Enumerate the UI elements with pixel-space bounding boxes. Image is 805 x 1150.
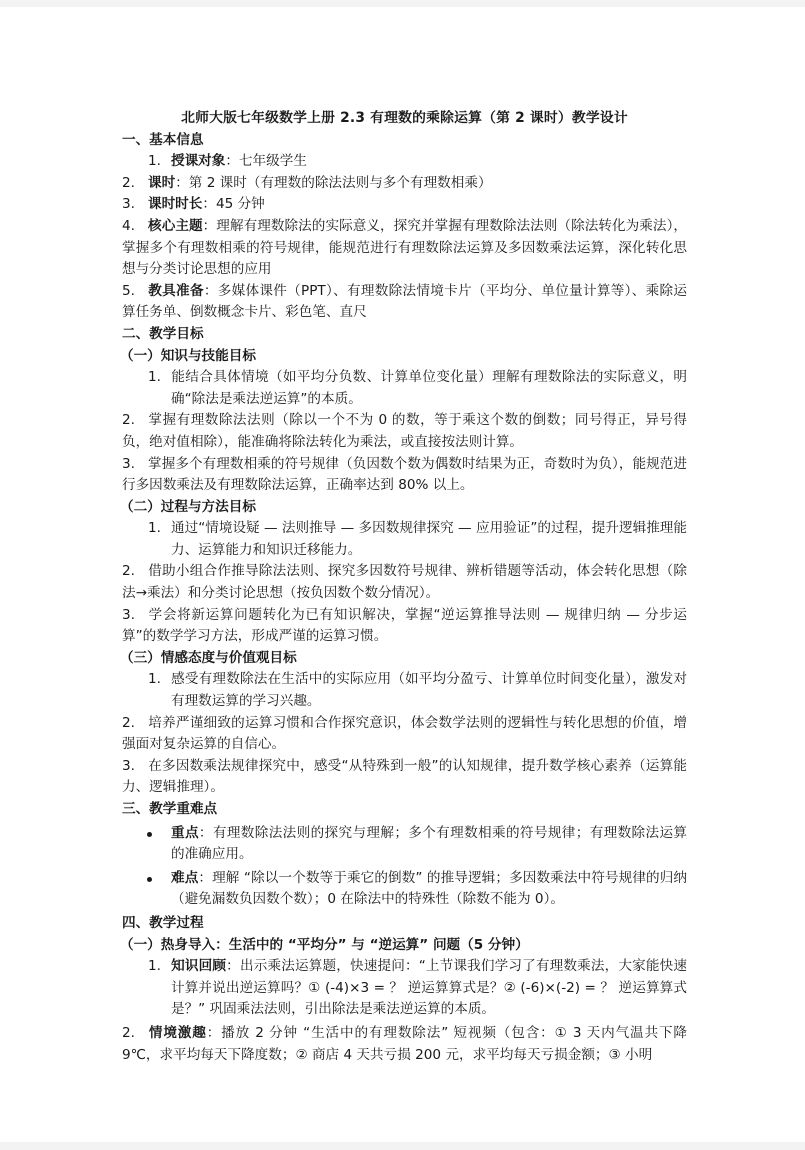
item-text: 感受有理数除法在生活中的实际应用（如平均分盈亏、计算单位时间变化量），激发对有理… (171, 671, 687, 709)
section-heading-basic-info: 一、基本信息 (122, 130, 687, 152)
item-text: 借助小组合作推导除法法则、探究多因数符号规律、辨析错题等活动，体会转化思想（除法… (122, 563, 687, 601)
basic-info-item: 3.课时时长：45 分钟 (122, 194, 687, 216)
item-number: 2. (122, 173, 148, 195)
bullet-icon (147, 877, 152, 882)
document-content: 北师大版七年级数学上册 2.3 有理数的乘除运算（第 2 课时）教学设计 一、基… (122, 108, 687, 1066)
item-number: 1. (148, 367, 171, 389)
item-label: 重点 (171, 825, 199, 841)
goal-item: 2.借助小组合作推导除法法则、探究多因数符号规律、辨析错题等活动，体会转化思想（… (122, 561, 687, 604)
item-text: 掌握有理数除法法则（除以一个不为 0 的数，等于乘这个数的倒数；同号得正，异号得… (122, 412, 687, 450)
item-label: 教具准备 (148, 283, 204, 299)
basic-info-item: 1.授课对象：七年级学生 (122, 151, 687, 173)
goal-item: 1.通过“情境设疑 — 法则推导 — 多因数规律探究 — 应用验证”的过程，提升… (122, 518, 687, 561)
subsection-heading-warmup: （一）热身导入：生活中的 “平均分” 与 “逆运算” 问题（5 分钟） (120, 935, 687, 957)
subsection-heading-process-method: （二）过程与方法目标 (120, 497, 687, 519)
item-number: 3. (122, 605, 148, 627)
item-separator: ： (226, 958, 240, 974)
item-separator: ： (199, 825, 213, 841)
item-number: 1. (148, 956, 171, 978)
item-number: 2. (122, 1023, 148, 1045)
item-number: 5. (122, 281, 148, 303)
difficulty-bullet: 难点：理解 “除以一个数等于乘它的倒数” 的推导逻辑；多因数乘法中符号规律的归纳… (122, 868, 687, 911)
section-heading-key-points: 三、教学重难点 (122, 799, 687, 821)
item-text: 通过“情境设疑 — 法则推导 — 多因数规律探究 — 应用验证”的过程，提升逻辑… (171, 520, 687, 558)
item-number: 1. (148, 151, 171, 173)
goal-item: 3.学会将新运算问题转化为已有知识解决，掌握“逆运算推导法则 — 规律归纳 — … (122, 605, 687, 648)
item-text: 七年级学生 (239, 153, 307, 169)
document-page: 北师大版七年级数学上册 2.3 有理数的乘除运算（第 2 课时）教学设计 一、基… (0, 7, 805, 1142)
item-number: 2. (122, 561, 148, 583)
document-title: 北师大版七年级数学上册 2.3 有理数的乘除运算（第 2 课时）教学设计 (122, 108, 687, 130)
item-number: 4. (122, 216, 148, 238)
item-number: 2. (122, 713, 148, 735)
item-text: 有理数除法法则的探究与理解；多个有理数相乘的符号规律；有理数除法运算的准确应用。 (171, 825, 687, 863)
item-text: 理解 “除以一个数等于乘它的倒数” 的推导逻辑；多因数乘法中符号规律的归纳（避免… (171, 870, 687, 908)
item-number: 2. (122, 410, 148, 432)
goal-item: 2.培养严谨细致的运算习惯和合作探究意识，体会数学法则的逻辑性与转化思想的价值，… (122, 713, 687, 756)
goal-item: 1.能结合具体情境（如平均分负数、计算单位变化量）理解有理数除法的实际意义，明确… (122, 367, 687, 410)
basic-info-item: 4.核心主题：理解有理数除法的实际意义，探究并掌握有理数除法法则（除法转化为乘法… (122, 216, 687, 281)
item-text: 45 分钟 (216, 196, 265, 212)
process-item: 2.情境激趣：播放 2 分钟 “生活中的有理数除法” 短视频（包含：① 3 天内… (122, 1023, 687, 1066)
item-label: 情境激趣 (148, 1025, 207, 1041)
item-text: 掌握多个有理数相乘的符号规律（负因数个数为偶数时结果为正，奇数时为负），能规范进… (122, 456, 687, 494)
item-separator: ： (207, 1025, 221, 1041)
item-separator: ： (203, 218, 217, 234)
bullet-icon (147, 832, 152, 837)
key-point-bullet: 重点：有理数除法法则的探究与理解；多个有理数相乘的符号规律；有理数除法运算的准确… (122, 823, 687, 866)
section-heading-teaching-process: 四、教学过程 (122, 913, 687, 935)
process-item: 1.知识回顾：出示乘法运算题，快速提问：“上节课我们学习了有理数乘法，大家能快速… (122, 956, 687, 1021)
section-heading-teaching-goals: 二、教学目标 (122, 324, 687, 346)
item-number: 3. (122, 194, 148, 216)
item-text: 第 2 课时（有理数的除法法则与多个有理数相乘） (189, 175, 492, 191)
basic-info-item: 5.教具准备：多媒体课件（PPT）、有理数除法情境卡片（平均分、单位量计算等）、… (122, 281, 687, 324)
item-separator: ： (198, 870, 212, 886)
item-text: 出示乘法运算题，快速提问：“上节课我们学习了有理数乘法，大家能快速计算并说出逆运… (171, 958, 687, 1017)
subsection-heading-emotion-values: （三）情感态度与价值观目标 (120, 648, 687, 670)
item-separator: ： (202, 196, 216, 212)
item-number: 3. (122, 756, 148, 778)
goal-item: 2.掌握有理数除法法则（除以一个不为 0 的数，等于乘这个数的倒数；同号得正，异… (122, 410, 687, 453)
item-label: 知识回顾 (171, 958, 226, 974)
subsection-heading-knowledge: （一）知识与技能目标 (120, 346, 687, 368)
item-text: 能结合具体情境（如平均分负数、计算单位变化量）理解有理数除法的实际意义，明确“除… (171, 369, 687, 407)
item-text: 培养严谨细致的运算习惯和合作探究意识，体会数学法则的逻辑性与转化思想的价值，增强… (122, 715, 687, 753)
goal-item: 3.掌握多个有理数相乘的符号规律（负因数个数为偶数时结果为正，奇数时为负），能规… (122, 454, 687, 497)
item-label: 难点 (171, 870, 198, 886)
item-label: 核心主题 (148, 218, 203, 234)
item-separator: ： (225, 153, 239, 169)
item-label: 课时时长 (148, 196, 202, 212)
item-separator: ： (204, 283, 218, 299)
item-label: 授课对象 (171, 153, 225, 169)
item-text: 在多因数乘法规律探究中，感受“从特殊到一般”的认知规律，提升数学核心素养（运算能… (122, 758, 687, 796)
item-number: 3. (122, 454, 148, 476)
basic-info-item: 2.课时：第 2 课时（有理数的除法法则与多个有理数相乘） (122, 173, 687, 195)
item-label: 课时 (148, 175, 175, 191)
item-separator: ： (175, 175, 189, 191)
item-number: 1. (148, 669, 171, 691)
item-text: 学会将新运算问题转化为已有知识解决，掌握“逆运算推导法则 — 规律归纳 — 分步… (122, 607, 687, 645)
goal-item: 3.在多因数乘法规律探究中，感受“从特殊到一般”的认知规律，提升数学核心素养（运… (122, 756, 687, 799)
item-number: 1. (148, 518, 171, 540)
goal-item: 1.感受有理数除法在生活中的实际应用（如平均分盈亏、计算单位时间变化量），激发对… (122, 669, 687, 712)
